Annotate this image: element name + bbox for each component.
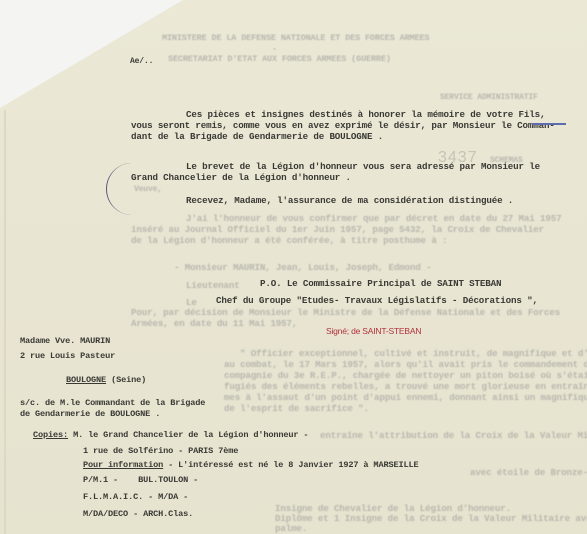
copies-recipient: M. le Grand Chancelier de la Légion d'ho…: [73, 430, 308, 440]
ink-underline: [532, 123, 566, 125]
info-line: Pour information - L'intéressé est né le…: [83, 460, 419, 471]
ghost-line: palme.: [275, 523, 307, 534]
copies-address: 1 rue de Solférino - PARIS 7ème: [83, 446, 238, 457]
signature-group: Chef du Groupe "Etudes- Travaux Législat…: [216, 295, 538, 306]
ghost-line: au combat, le 17 Mars 1957, alors qu'il …: [224, 359, 587, 370]
document-page: MINISTERE DE LA DEFENSE NATIONALE ET DES…: [0, 0, 587, 534]
signature-title: P.O. Le Commissaire Principal de SAINT S…: [260, 278, 501, 289]
paragraph-1-line-3: dant de la Brigade de Gendarmerie de BOU…: [131, 131, 383, 142]
paragraph-1-line-2: vous seront remis, comme vous en avez ex…: [131, 120, 555, 131]
ghost-line: J'ai l'honneur de vous confirmer que par…: [186, 213, 561, 224]
ghost-line: mes à l'assaut d'un point d'appui ennemi…: [224, 392, 587, 403]
ghost-line: fugiés des éléments rebelles, a trouvé u…: [224, 381, 587, 392]
info-text: - L'intéressé est né le 8 Janvier 1927 à…: [168, 460, 418, 470]
info-label: Pour information: [83, 460, 163, 470]
cc-value: ARCH.Clas.: [143, 509, 193, 519]
paragraph-2-line-2: Grand Chancelier de la Légion d'honneur …: [131, 172, 351, 183]
recipient-name: Madame Vve. MAURIN: [20, 336, 110, 347]
cc-label: F.L.M.A.I.C. -: [83, 492, 153, 502]
ghost-line: avec étoile de Bronze-: [470, 467, 587, 478]
signed-stamp: Signé; de SAINT-STEBAN: [326, 326, 421, 337]
letterhead-line-2: SECRETARIAT D'ETAT AUX FORCES ARMEES (GU…: [168, 54, 391, 65]
cc-value: M/DA -: [158, 492, 188, 502]
ghost-line: " Officier exceptionnel, cultivé et inst…: [240, 348, 587, 359]
copies-line: Copies: M. le Grand Chancelier de la Lég…: [33, 430, 308, 441]
ghost-line: Armées, en date du 11 Mai 1957,: [131, 318, 297, 329]
recipient-street: 2 rue Louis Pasteur: [20, 351, 115, 362]
ghost-line: Pour, par décision de Monsieur le Minist…: [131, 307, 560, 318]
closing-formula: Recevez, Madame, l'assurance de ma consi…: [186, 195, 513, 206]
recipient-city-line: BOULOGNE (Seine): [66, 375, 146, 386]
cc-label: M/DA/DECO -: [83, 509, 138, 519]
ghost-word: Veuve,: [134, 184, 162, 195]
ghost-line: entraîne l'attribution de la Croix de la…: [320, 430, 587, 441]
letterhead-line-1: MINISTERE DE LA DEFENSE NATIONALE ET DES…: [162, 33, 429, 44]
ghost-line: Lieutenant: [186, 280, 240, 291]
cc-value: BUL.TOULON -: [138, 475, 198, 485]
folded-corner-edge: [0, 0, 181, 107]
care-of-line-2: de Gendarmerie de BOULOGNE .: [20, 409, 160, 420]
cc-label: P/M.1 -: [83, 475, 118, 485]
care-of-line-1: s/c. de M.le Commandant de la Brigade: [20, 398, 205, 409]
paper-edge: [4, 110, 6, 534]
copies-label: Copies:: [33, 430, 68, 440]
ghost-line: de la Légion d'honneur a été conférée, à…: [131, 235, 447, 246]
cc-line-3: M/DA/DECO - ARCH.Clas.: [83, 509, 193, 520]
ghost-line: inséré au Journal Officiel du 1er Juin 1…: [131, 224, 544, 235]
ghost-line: de l'esprit de sacrifice ".: [224, 403, 369, 414]
recipient-city: BOULOGNE: [66, 375, 106, 385]
ghost-line: compagnie du 3e R.E.P., chargée de netto…: [224, 370, 587, 381]
reference-code: Ae/..: [130, 56, 153, 67]
ghost-line: - Monsieur MAURIN, Jean, Louis, Joseph, …: [174, 262, 431, 273]
cc-line-2: F.L.M.A.I.C. - M/DA -: [83, 492, 188, 503]
recipient-dept: (Seine): [111, 375, 146, 385]
paragraph-1-line-1: Ces pièces et insignes destinés à honore…: [186, 109, 545, 120]
paragraph-2-line-1: Le brevet de la Légion d'honneur vous se…: [186, 161, 540, 172]
service-heading: SERVICE ADMINISTRATIF: [440, 92, 538, 103]
ghost-line: Diplôme et 1 Insigne de la Croix de la V…: [275, 513, 587, 524]
cc-line-1: P/M.1 - BUL.TOULON -: [83, 475, 198, 486]
